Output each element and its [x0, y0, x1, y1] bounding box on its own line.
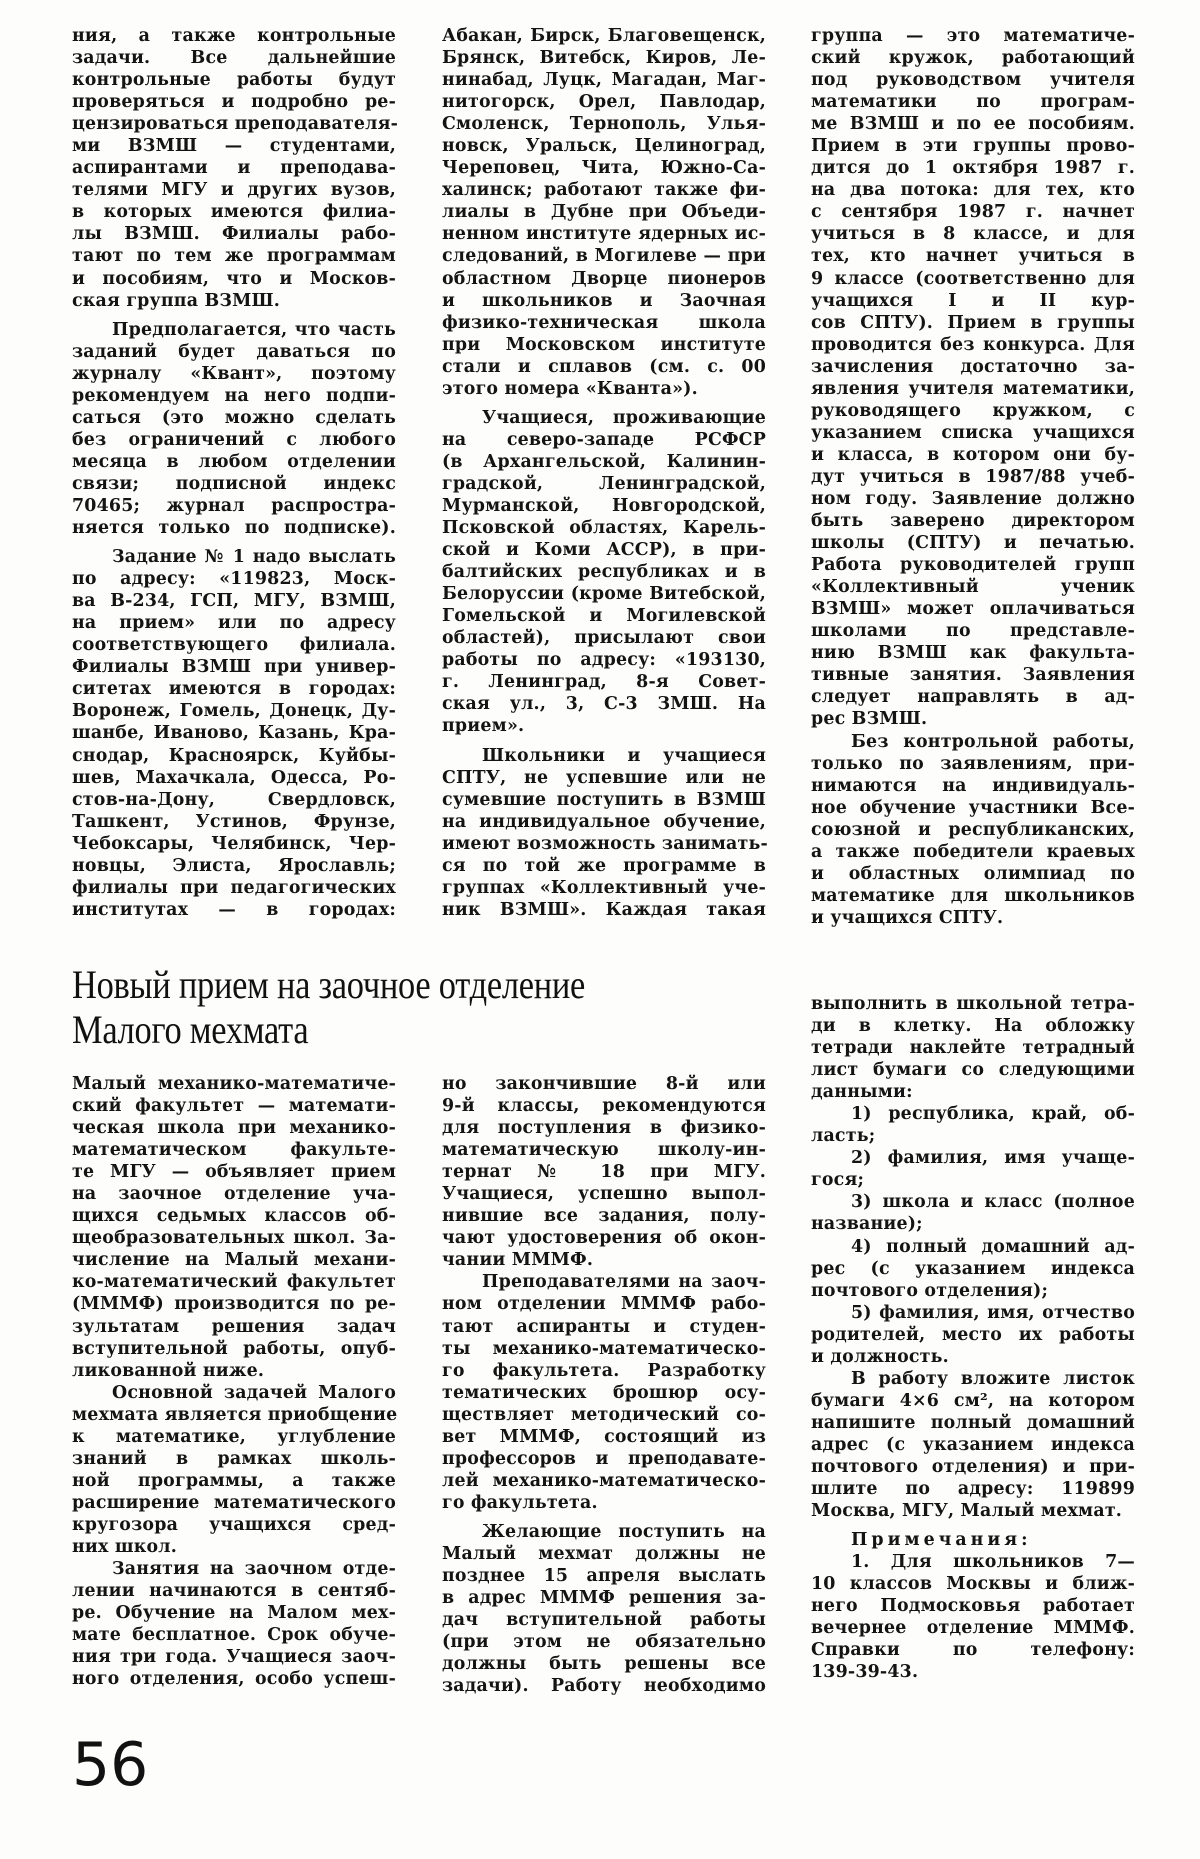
- text-line: нившие все задания, полу-: [442, 1205, 766, 1227]
- article-bottom-column-3: выполнить в школьной тетра-ди в клетку. …: [811, 993, 1135, 1683]
- text-line: следований, в Могилеве — при: [442, 245, 766, 267]
- text-line: ликованной ниже.: [72, 1360, 396, 1382]
- text-line: новск, Уральск, Целиноград,: [442, 135, 766, 157]
- text-line: родителей, место их работы: [811, 1324, 1135, 1346]
- text-line: Малый механико-математиче-: [72, 1073, 396, 1095]
- text-line: данными:: [811, 1081, 1135, 1103]
- paragraph-gap: [442, 738, 766, 745]
- paragraph-gap: [442, 1514, 766, 1521]
- text-line: руководящего кружком, с: [811, 400, 1135, 422]
- text-line: зультатам решения задач: [72, 1316, 396, 1338]
- text-line: Череповец, Чита, Южно-Са-: [442, 157, 766, 179]
- text-line: нимаются на индивидуаль-: [811, 775, 1135, 797]
- text-line: градской, Ленинградской,: [442, 473, 766, 495]
- text-line: лист бумаги со следующими: [811, 1059, 1135, 1081]
- text-line: на заочное отделение уча-: [72, 1183, 396, 1205]
- text-line: профессоров и преподавате-: [442, 1448, 766, 1470]
- text-line: математическом факульте-: [72, 1139, 396, 1161]
- text-line: Работа руководителей групп: [811, 554, 1135, 576]
- text-line: Брянск, Витебск, Киров, Ле-: [442, 47, 766, 69]
- text-line: 10 классов Москвы и ближ-: [811, 1573, 1135, 1595]
- text-line: ном году. Заявление должно: [811, 488, 1135, 510]
- text-line: областном Дворце пионеров: [442, 268, 766, 290]
- article-bottom-column-2: но закончившие 8-й или9-й классы, рекоме…: [442, 1073, 766, 1697]
- text-line: Учащиеся, успешно выпол-: [442, 1183, 766, 1205]
- text-line: Чебоксары, Челябинск, Чер-: [72, 833, 396, 855]
- text-line: вет МММФ, состоящий из: [442, 1426, 766, 1448]
- text-line: позднее 15 апреля выслать: [442, 1565, 766, 1587]
- text-line: имеют возможность занимать-: [442, 833, 766, 855]
- text-line: при Московском институте: [442, 334, 766, 356]
- text-line: 1) республика, край, об-: [811, 1103, 1135, 1125]
- text-line: те МГУ — объявляет прием: [72, 1161, 396, 1183]
- text-line: Абакан, Бирск, Благовещенск,: [442, 25, 766, 47]
- article-headline: Новый прием на заочное отделение Малого …: [72, 962, 674, 1052]
- text-line: них школ.: [72, 1536, 396, 1558]
- text-line: ном отделении МММФ рабо-: [442, 1293, 766, 1315]
- text-line: математике для школьников: [811, 885, 1135, 907]
- text-line: и пособиям, что и Москов-: [72, 268, 396, 290]
- text-line: Справки по телефону:: [811, 1639, 1135, 1661]
- text-line: название);: [811, 1213, 1135, 1235]
- text-line: ненном институте ядерных ис-: [442, 223, 766, 245]
- text-line: кругозора учащихся сред-: [72, 1514, 396, 1536]
- text-line: учащихся I и II кур-: [811, 290, 1135, 312]
- text-line: 9-й классы, рекомендуются: [442, 1095, 766, 1117]
- text-line: к математике, углубление: [72, 1426, 396, 1448]
- text-line: Преподавателями на заоч-: [442, 1271, 766, 1293]
- text-line: 1. Для школьников 7—: [811, 1551, 1135, 1573]
- text-line: Москва, МГУ, Малый мехмат.: [811, 1500, 1135, 1522]
- text-line: ме ВЗМШ и по ее пособиям.: [811, 113, 1135, 135]
- text-line: щихся седьмых классов об-: [72, 1205, 396, 1227]
- text-line: ситетах имеются в городах:: [72, 678, 396, 700]
- text-line: задачи. Все дальнейшие: [72, 47, 396, 69]
- text-line: сов СПТУ). Прием в группы: [811, 312, 1135, 334]
- text-line: работы по адресу: «193130,: [442, 649, 766, 671]
- text-line: щеобразовательных школ. За-: [72, 1227, 396, 1249]
- text-line: союзной и республиканских,: [811, 819, 1135, 841]
- text-line: задачи). Работу необходимо: [442, 1675, 766, 1697]
- text-line: ное обучение участники Все-: [811, 797, 1135, 819]
- text-line: математики по програм-: [811, 91, 1135, 113]
- text-line: связи; подписной индекс: [72, 473, 396, 495]
- text-line: Основной задачей Малого: [72, 1382, 396, 1404]
- text-line: а также победители краевых: [811, 841, 1135, 863]
- text-line: 5) фамилия, имя, отчество: [811, 1302, 1135, 1324]
- text-line: ческая школа при механико-: [72, 1117, 396, 1139]
- text-line: группах «Коллективный уче-: [442, 877, 766, 899]
- text-line: телями МГУ и других вузов,: [72, 179, 396, 201]
- text-line: 70465; журнал распростра-: [72, 495, 396, 517]
- text-line: дач вступительной работы: [442, 1609, 766, 1631]
- text-line: следует направлять в ад-: [811, 686, 1135, 708]
- text-line: этого номера «Кванта»).: [442, 378, 766, 400]
- text-line: прием».: [442, 715, 766, 737]
- text-line: Занятия на заочном отде-: [72, 1558, 396, 1580]
- text-line: аспирантами и преподава-: [72, 157, 396, 179]
- text-line: ская ул., 3, С-3 ЗМШ. На: [442, 693, 766, 715]
- text-line: саться (это можно сделать: [72, 407, 396, 429]
- text-line: в адрес МММФ решения за-: [442, 1587, 766, 1609]
- text-line: тают по тем же программам: [72, 245, 396, 267]
- text-line: заданий будет даваться по: [72, 341, 396, 363]
- text-line: в которых имеются филиа-: [72, 201, 396, 223]
- text-line: ко-математический факультет: [72, 1271, 396, 1293]
- text-line: математическую школу-ин-: [442, 1139, 766, 1161]
- text-line: тивные занятия. Заявления: [811, 664, 1135, 686]
- text-line: ся по той же программе в: [442, 855, 766, 877]
- text-line: (МММФ) производится по ре-: [72, 1293, 396, 1315]
- text-line: адрес (с указанием индекса: [811, 1434, 1135, 1456]
- text-line: В работу вложите листок: [811, 1368, 1135, 1390]
- text-line: 2) фамилия, имя учаще-: [811, 1147, 1135, 1169]
- text-line: ре. Обучение на Малом мех-: [72, 1602, 396, 1624]
- text-line: и школьников и Заочная: [442, 290, 766, 312]
- text-line: напишите полный домашний: [811, 1412, 1135, 1434]
- text-line: без ограничений с любого: [72, 429, 396, 451]
- text-line: на прием» или по адресу: [72, 612, 396, 634]
- text-line: шев, Махачкала, Одесса, Ро-: [72, 767, 396, 789]
- text-line: ский факультет — математи-: [72, 1095, 396, 1117]
- text-line: Желающие поступить на: [442, 1521, 766, 1543]
- text-line: группа — это математиче-: [811, 25, 1135, 47]
- text-line: быть заверено директором: [811, 510, 1135, 532]
- text-line: институтах — в городах:: [72, 899, 396, 921]
- text-line: го факультета. Разработку: [442, 1360, 766, 1382]
- text-line: лей механико-математическо-: [442, 1470, 766, 1492]
- text-line: ди в клетку. На обложку: [811, 1015, 1135, 1037]
- text-line: дится до 1 октября 1987 г.: [811, 157, 1135, 179]
- article-top-column-1: ния, а также контрольныезадачи. Все даль…: [72, 25, 396, 921]
- text-line: «Коллективный ученик: [811, 576, 1135, 598]
- text-line: СПТУ, не успевшие или не: [442, 767, 766, 789]
- page-number: 56: [72, 1735, 148, 1795]
- text-line: лении начинаются в сентяб-: [72, 1580, 396, 1602]
- text-line: бумаги 4×6 см², на котором: [811, 1390, 1135, 1412]
- text-line: стали и сплавов (см. с. 00: [442, 356, 766, 378]
- text-line: и учащихся СПТУ.: [811, 907, 1135, 929]
- text-line: расширение математического: [72, 1492, 396, 1514]
- paragraph-gap: [442, 400, 766, 407]
- text-line: балтийских республиках и в: [442, 561, 766, 583]
- text-line: Учащиеся, проживающие: [442, 407, 766, 429]
- text-line: школами по представле-: [811, 620, 1135, 642]
- text-line: рекомендуем на него подпи-: [72, 385, 396, 407]
- text-line: указанием списка учащихся: [811, 422, 1135, 444]
- text-line: рес ВЗМШ.: [811, 708, 1135, 730]
- text-line: лы ВЗМШ. Филиалы рабо-: [72, 223, 396, 245]
- text-line: выполнить в школьной тетра-: [811, 993, 1135, 1015]
- text-line: тают аспиранты и студен-: [442, 1316, 766, 1338]
- text-line: числение на Малый механи-: [72, 1249, 396, 1271]
- paragraph-gap: [811, 1522, 1135, 1529]
- text-line: 139-39-43.: [811, 1661, 1135, 1683]
- text-line: ник ВЗМШ». Каждая такая: [442, 899, 766, 921]
- text-line: ты механико-математическо-: [442, 1338, 766, 1360]
- text-line: рес (с указанием индекса: [811, 1258, 1135, 1280]
- text-line: физико-техническая школа: [442, 312, 766, 334]
- text-line: чают удостоверения об окон-: [442, 1227, 766, 1249]
- text-line: проводится без конкурса. Для: [811, 334, 1135, 356]
- text-line: Примечания:: [811, 1529, 1135, 1551]
- text-line: зачисления достаточно за-: [811, 356, 1135, 378]
- text-line: Без контрольной работы,: [811, 731, 1135, 753]
- article-bottom-column-1: Малый механико-математиче-ский факультет…: [72, 1073, 396, 1690]
- text-line: контрольные работы будут: [72, 69, 396, 91]
- text-line: с сентября 1987 г. начнет: [811, 201, 1135, 223]
- text-line: Мурманской, Новгородской,: [442, 495, 766, 517]
- text-line: для поступления в физико-: [442, 1117, 766, 1139]
- text-line: но закончившие 8-й или: [442, 1073, 766, 1095]
- text-line: ществляет методический со-: [442, 1404, 766, 1426]
- text-line: ния три года. Учащиеся заоч-: [72, 1646, 396, 1668]
- text-line: 9 классе (соответственно для: [811, 268, 1135, 290]
- text-line: Задание № 1 надо выслать: [72, 546, 396, 568]
- text-line: вступительной работы, опуб-: [72, 1338, 396, 1360]
- text-line: только по заявлениям, при-: [811, 753, 1135, 775]
- text-line: журналу «Квант», поэтому: [72, 363, 396, 385]
- text-line: 3) школа и класс (полное: [811, 1191, 1135, 1213]
- text-line: месяца в любом отделении: [72, 451, 396, 473]
- text-line: явления учителя математики,: [811, 378, 1135, 400]
- paragraph-gap: [72, 539, 396, 546]
- text-line: должны быть решены все: [442, 1653, 766, 1675]
- text-line: мате бесплатное. Срок обуче-: [72, 1624, 396, 1646]
- text-line: Школьники и учащиеся: [442, 745, 766, 767]
- text-line: учиться в 8 классе, и для: [811, 223, 1135, 245]
- text-line: почтового отделения);: [811, 1280, 1135, 1302]
- text-line: (при этом не обязательно: [442, 1631, 766, 1653]
- text-line: тех, кто начнет учиться в: [811, 245, 1135, 267]
- text-line: шлите по адресу: 119899: [811, 1478, 1135, 1500]
- text-line: ский кружок, работающий: [811, 47, 1135, 69]
- text-line: дут учиться в 1987/88 учеб-: [811, 466, 1135, 488]
- text-line: г. Ленинград, 8-я Совет-: [442, 671, 766, 693]
- text-line: новцы, Элиста, Ярославль;: [72, 855, 396, 877]
- text-line: него Подмосковья работает: [811, 1595, 1135, 1617]
- text-line: ская группа ВЗМШ.: [72, 290, 396, 312]
- text-line: (в Архангельской, Калинин-: [442, 451, 766, 473]
- text-line: ного отделения, особо успеш-: [72, 1668, 396, 1690]
- text-line: ной программы, а также: [72, 1470, 396, 1492]
- text-line: Псковской областях, Карель-: [442, 517, 766, 539]
- text-line: соответствующего филиала.: [72, 634, 396, 656]
- text-line: школы (СПТУ) и печатью.: [811, 532, 1135, 554]
- text-line: халинск; работают также фи-: [442, 179, 766, 201]
- text-line: Белоруссии (кроме Витебской,: [442, 583, 766, 605]
- text-line: Воронеж, Гомель, Донецк, Ду-: [72, 700, 396, 722]
- text-line: снодар, Красноярск, Куйбы-: [72, 745, 396, 767]
- text-line: стов-на-Дону, Свердловск,: [72, 789, 396, 811]
- text-line: Прием в эти группы прово-: [811, 135, 1135, 157]
- text-line: ва В-234, ГСП, МГУ, ВЗМШ,: [72, 590, 396, 612]
- text-line: Предполагается, что часть: [72, 319, 396, 341]
- text-line: на северо-западе РСФСР: [442, 429, 766, 451]
- article-top-column-2: Абакан, Бирск, Благовещенск,Брянск, Вите…: [442, 25, 766, 921]
- text-line: сумевшие поступить в ВЗМШ: [442, 789, 766, 811]
- text-line: го факультета.: [442, 1492, 766, 1514]
- text-line: по адресу: «119823, Моск-: [72, 568, 396, 590]
- text-line: филиалы при педагогических: [72, 877, 396, 899]
- text-line: и класса, в котором они бу-: [811, 444, 1135, 466]
- text-line: мехмата является приобщение: [72, 1404, 396, 1426]
- text-line: Гомельской и Могилевской: [442, 605, 766, 627]
- text-line: проверяться и подробно ре-: [72, 91, 396, 113]
- text-line: на индивидуальное обучение,: [442, 811, 766, 833]
- text-line: Ташкент, Устинов, Фрунзе,: [72, 811, 396, 833]
- text-line: 4) полный домашний ад-: [811, 1236, 1135, 1258]
- text-line: чании МММФ.: [442, 1249, 766, 1271]
- text-line: ласть;: [811, 1125, 1135, 1147]
- text-line: цензироваться преподавателя-: [72, 113, 396, 135]
- text-line: вечернее отделение МММФ.: [811, 1617, 1135, 1639]
- text-line: областей), присылают свои: [442, 627, 766, 649]
- text-line: лиалы в Дубне при Объеди-: [442, 201, 766, 223]
- text-line: нитогорск, Орел, Павлодар,: [442, 91, 766, 113]
- text-line: гося;: [811, 1169, 1135, 1191]
- text-line: Филиалы ВЗМШ при универ-: [72, 656, 396, 678]
- text-line: ВЗМШ» может оплачиваться: [811, 598, 1135, 620]
- text-line: тернат № 18 при МГУ.: [442, 1161, 766, 1183]
- text-line: тетради наклейте тетрадный: [811, 1037, 1135, 1059]
- text-line: тематических брошюр осу-: [442, 1382, 766, 1404]
- text-line: Смоленск, Тернополь, Улья-: [442, 113, 766, 135]
- paragraph-gap: [72, 312, 396, 319]
- text-line: почтового отделения) и при-: [811, 1456, 1135, 1478]
- text-line: ния, а также контрольные: [72, 25, 396, 47]
- text-line: няется только по подписке).: [72, 517, 396, 539]
- headline-line-2: Малого мехмата: [72, 1007, 674, 1052]
- text-line: знаний в рамках школь-: [72, 1448, 396, 1470]
- text-line: ской и Коми АССР), в при-: [442, 539, 766, 561]
- headline-line-1: Новый прием на заочное отделение: [72, 962, 674, 1007]
- text-line: Малый мехмат должны не: [442, 1543, 766, 1565]
- text-line: ми ВЗМШ — студентами,: [72, 135, 396, 157]
- text-line: и областных олимпиад по: [811, 863, 1135, 885]
- text-line: под руководством учителя: [811, 69, 1135, 91]
- article-top-column-3: группа — это математиче-ский кружок, раб…: [811, 25, 1135, 929]
- text-line: нию ВЗМШ как факульта-: [811, 642, 1135, 664]
- text-line: шанбе, Иваново, Казань, Кра-: [72, 722, 396, 744]
- text-line: и должность.: [811, 1346, 1135, 1368]
- text-line: на два потока: для тех, кто: [811, 179, 1135, 201]
- text-line: нинабад, Луцк, Магадан, Маг-: [442, 69, 766, 91]
